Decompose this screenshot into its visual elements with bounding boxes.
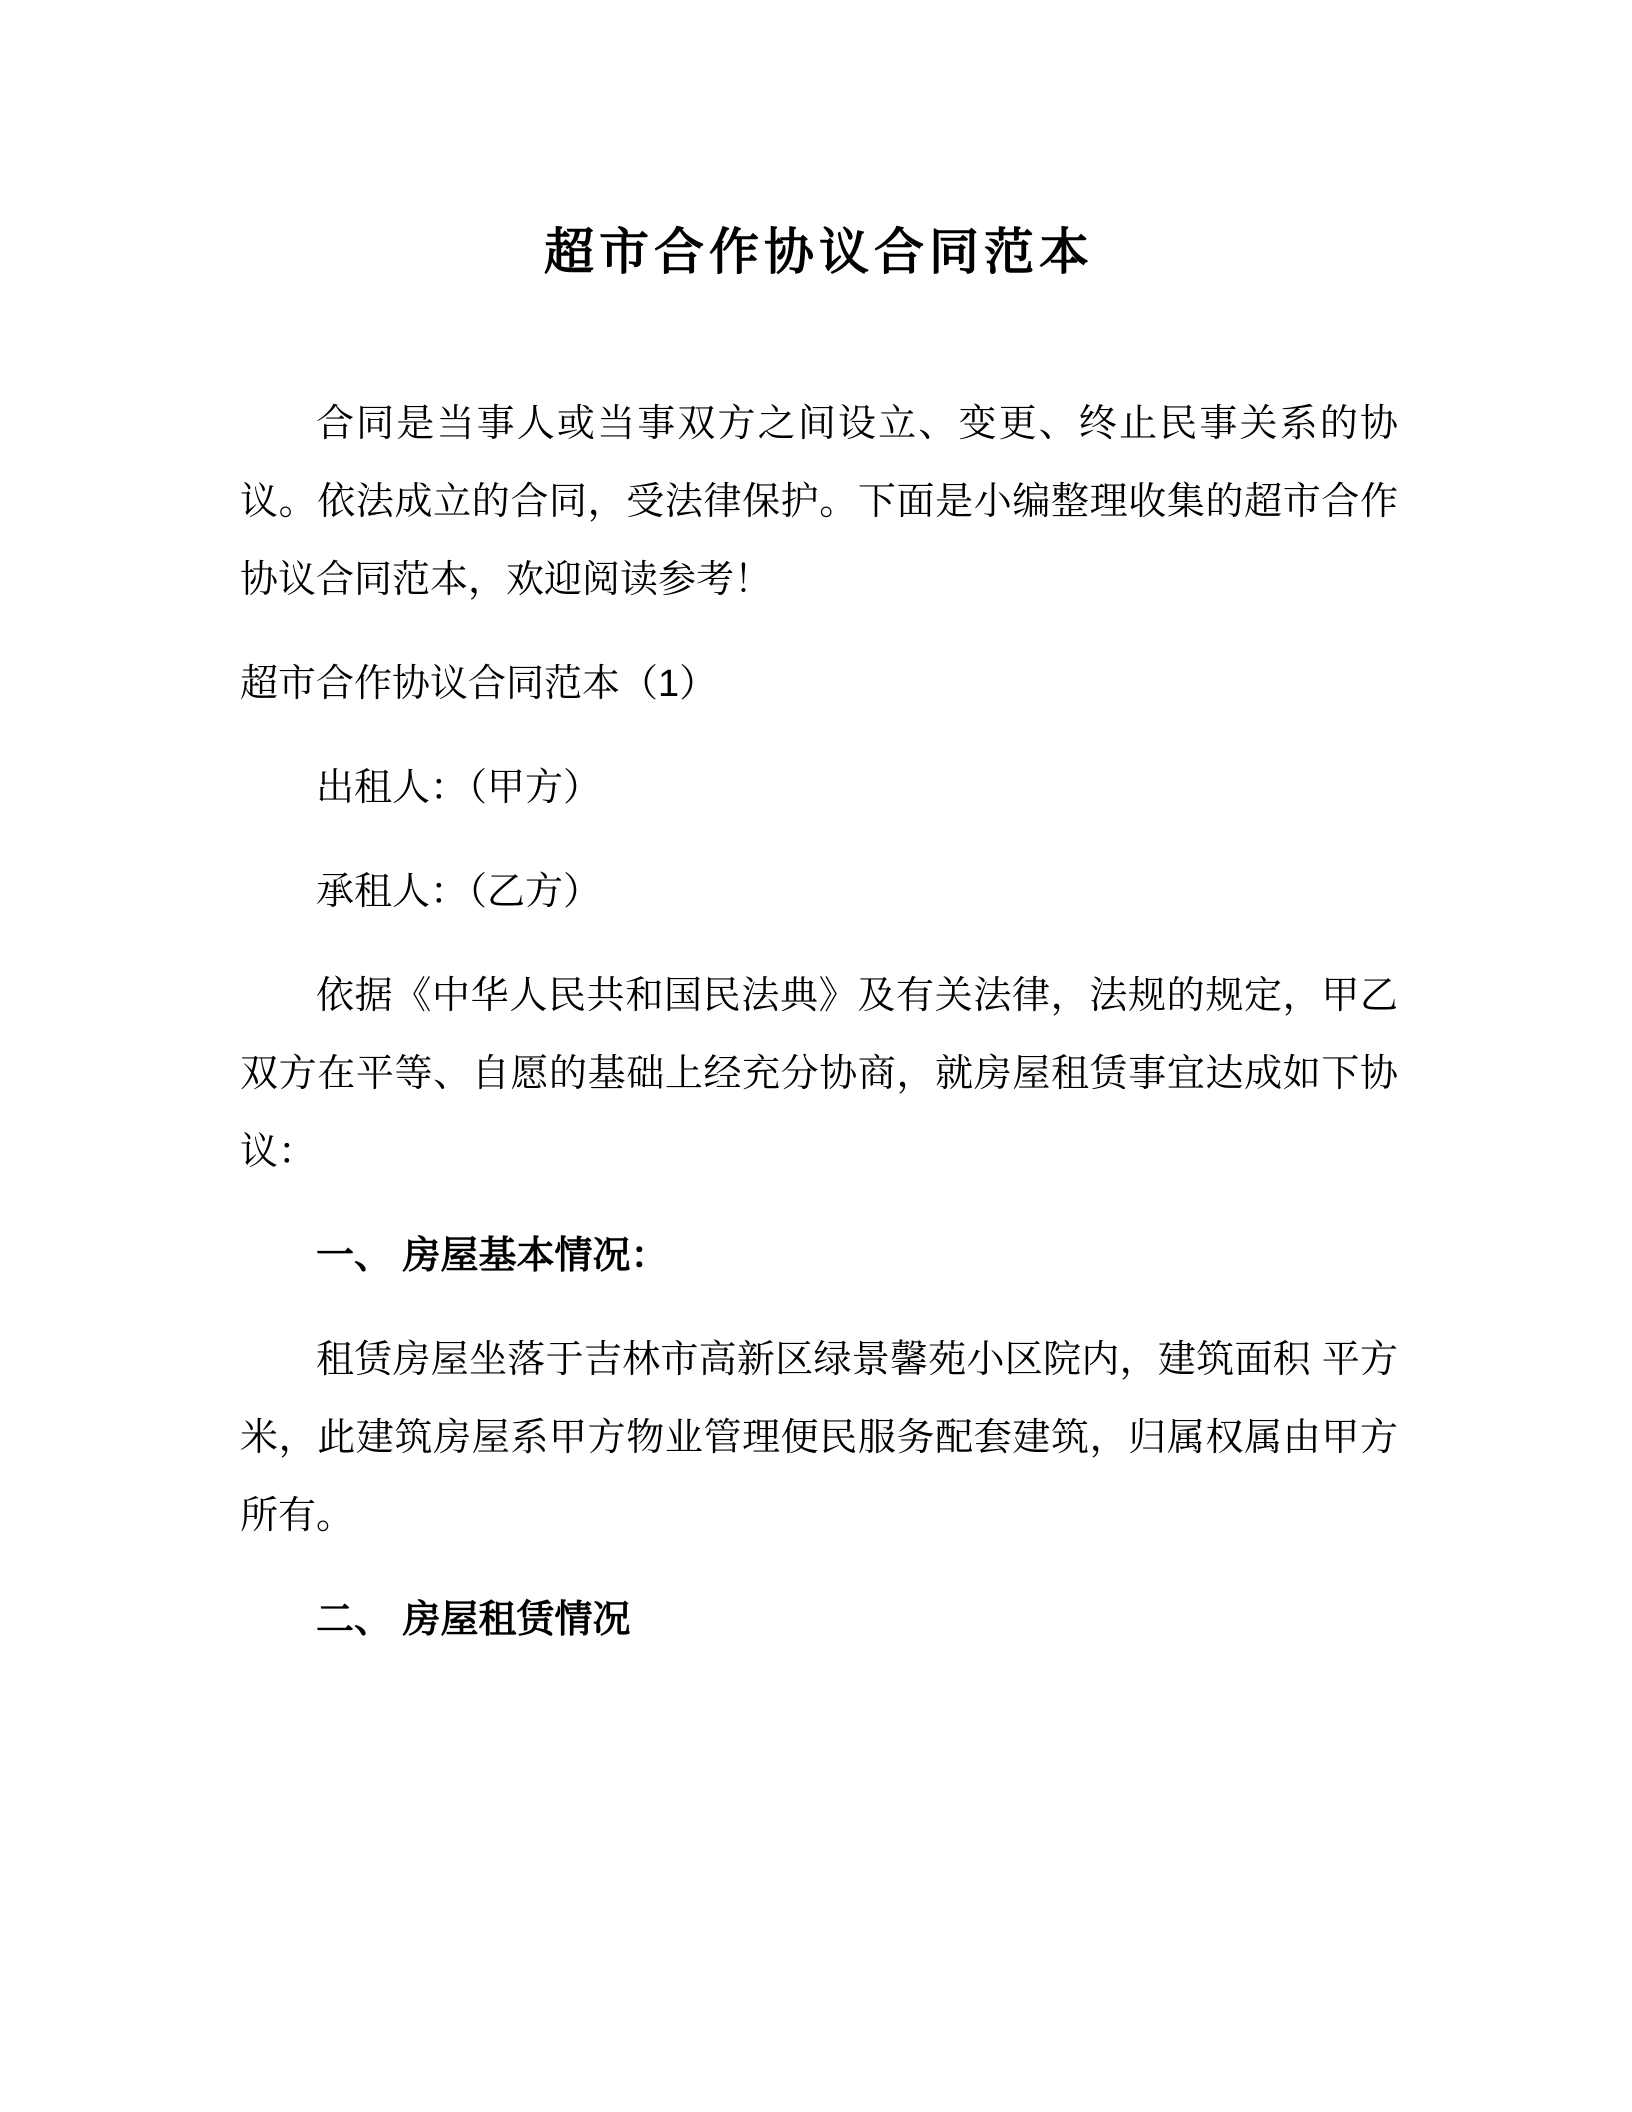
document-page: 超市合作协议合同范本 合同是当事人或当事双方之间设立、变更、终止民事关系的协议。…: [0, 0, 1632, 2112]
document-title: 超市合作协议合同范本: [240, 213, 1398, 291]
paragraph: 租赁房屋坐落于吉林市高新区绿景馨苑小区院内，建筑面积 平方米，此建筑房屋系甲方物…: [240, 1321, 1398, 1555]
section-heading: 二、 房屋租赁情况: [240, 1581, 1398, 1659]
paragraph: 超市合作协议合同范本（1）: [240, 645, 1398, 723]
section-heading: 一、 房屋基本情况：: [240, 1217, 1398, 1295]
paragraph-list: 合同是当事人或当事双方之间设立、变更、终止民事关系的协议。依法成立的合同，受法律…: [240, 385, 1398, 1659]
document-content: 超市合作协议合同范本 合同是当事人或当事双方之间设立、变更、终止民事关系的协议。…: [240, 0, 1398, 1685]
paragraph: 出租人：（甲方）: [240, 749, 1398, 827]
paragraph: 合同是当事人或当事双方之间设立、变更、终止民事关系的协议。依法成立的合同，受法律…: [240, 385, 1398, 619]
paragraph: 承租人：（乙方）: [240, 853, 1398, 931]
paragraph: 依据《中华人民共和国民法典》及有关法律，法规的规定，甲乙双方在平等、自愿的基础上…: [240, 957, 1398, 1191]
